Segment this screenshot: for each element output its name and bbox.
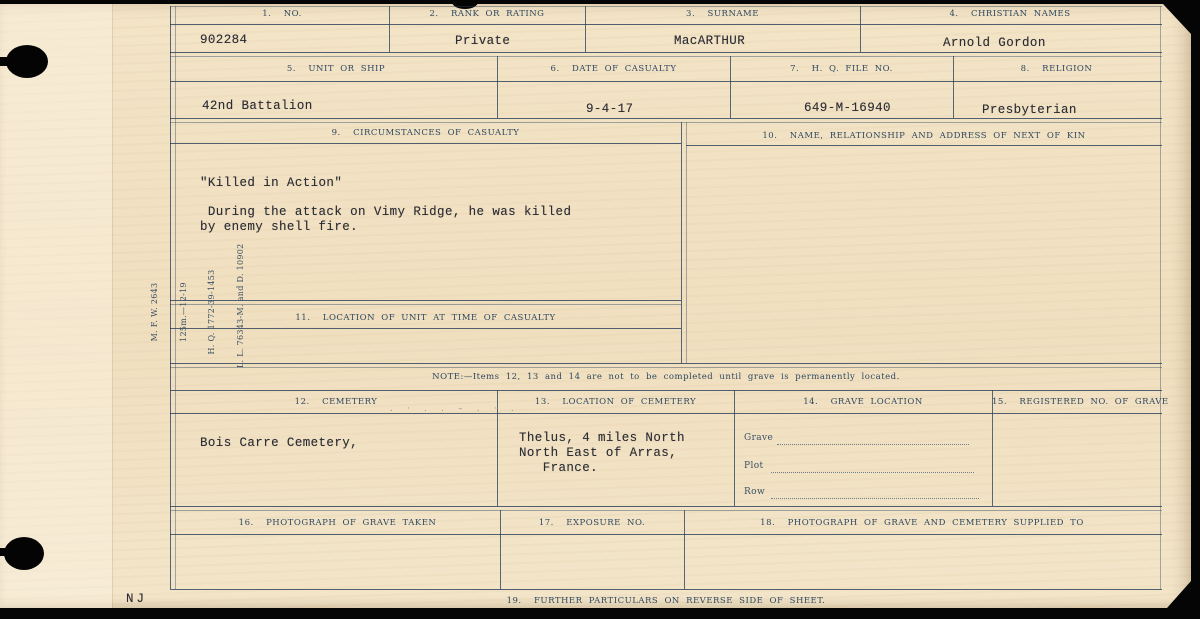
field-no-label: 1. NO. (175, 9, 389, 19)
field-date-value: 9-4-17 (586, 102, 633, 117)
punch-hole-bottom-tear (0, 548, 11, 556)
rule-line (734, 390, 735, 506)
field-rank-label: 2. RANK OR RATING (389, 9, 585, 19)
rule-line (170, 390, 1162, 391)
rule-line (170, 143, 681, 144)
field-exposure-no-label: 17. EXPOSURE NO. (500, 518, 684, 528)
rule-line (1160, 6, 1161, 589)
plot-row-label: Plot (744, 461, 764, 471)
grave-dotted-line (777, 443, 969, 445)
rule-line (686, 145, 1162, 146)
field-rank-value: Private (455, 34, 510, 49)
field-hq-file-label: 7. H. Q. FILE NO. (730, 64, 953, 74)
field-cemetery-location-value: Thelus, 4 miles North North East of Arra… (519, 431, 685, 476)
rule-line (992, 390, 993, 506)
rule-line (170, 506, 1162, 507)
left-margin-sheet (0, 4, 112, 608)
field-religion-label: 8. RELIGION (953, 64, 1160, 74)
plot-dotted-line (771, 471, 974, 473)
scanned-casualty-record: 1. NO. 2. RANK OR RATING 3. SURNAME 4. C… (0, 0, 1200, 619)
rule-line (170, 6, 1162, 7)
field-unit-value: 42nd Battalion (202, 99, 313, 114)
stamp-line: M. F. W. 2643 (150, 256, 160, 368)
field-grave-location-label: 14. GRAVE LOCATION (734, 397, 992, 407)
field-further-particulars-label: 19. FURTHER PARTICULARS ON REVERSE SIDE … (170, 596, 1162, 606)
stamp-line: 125m.—12-19 (179, 256, 189, 368)
margin-form-stamp: M. F. W. 2643 125m.—12-19 H. Q. 1772-39-… (131, 256, 169, 368)
rule-line (170, 118, 1162, 119)
paper-crease (112, 4, 113, 608)
typed-dots-artifact: . · . . – . · . (390, 404, 520, 413)
clerk-initials: NJ (126, 592, 147, 607)
stamp-line: H. Q. 1772-39-1453 (207, 256, 217, 368)
rule-line (170, 363, 1162, 364)
field-religion-value: Presbyterian (982, 103, 1077, 118)
field-registered-no-label: 15. REGISTERED NO. OF GRAVE (992, 397, 1160, 407)
rule-line (170, 122, 1162, 123)
field-unit-label: 5. UNIT OR SHIP (175, 64, 497, 74)
rule-line (170, 81, 1162, 82)
rule-line (170, 367, 1162, 368)
field-surname-value: MacARTHUR (674, 34, 745, 49)
field-next-of-kin-label: 10. NAME, RELATIONSHIP AND ADDRESS OF NE… (686, 131, 1162, 141)
field-circumstances-value: "Killed in Action" During the attack on … (200, 176, 571, 234)
field-date-label: 6. DATE OF CASUALTY (497, 64, 730, 74)
punch-hole-top-tear (0, 57, 13, 66)
rule-line (686, 122, 687, 363)
field-photo-taken-label: 16. PHOTOGRAPH OF GRAVE TAKEN (175, 518, 500, 528)
rule-line (170, 52, 1162, 53)
rule-line (170, 56, 1162, 57)
field-photo-supplied-label: 18. PHOTOGRAPH OF GRAVE AND CEMETERY SUP… (684, 518, 1160, 528)
field-no-value: 902284 (200, 33, 247, 48)
rule-line (681, 122, 682, 363)
row-dotted-line (771, 497, 979, 499)
field-christian-names-label: 4. CHRISTIAN NAMES (860, 9, 1160, 19)
rule-line (170, 413, 1162, 414)
rule-line (170, 534, 1162, 535)
row-row-label: Row (744, 487, 765, 497)
field-cemetery-value: Bois Carre Cemetery, (200, 436, 358, 451)
field-circumstances-label: 9. CIRCUMSTANCES OF CASUALTY (170, 128, 681, 138)
field-surname-label: 3. SURNAME (585, 9, 860, 19)
field-hq-file-value: 649-M-16940 (804, 101, 891, 116)
rule-line (170, 589, 1162, 590)
stamp-line: L. L. 76343-M. and D. 10902 (236, 256, 246, 368)
grave-row-label: Grave (744, 433, 773, 443)
rule-line (170, 510, 1162, 511)
note-text: NOTE:—Items 12, 13 and 14 are not to be … (170, 372, 1162, 382)
field-christian-names-value: Arnold Gordon (943, 36, 1046, 51)
rule-line (170, 24, 1162, 25)
field-cemetery-location-label: 13. LOCATION OF CEMETERY (497, 397, 734, 407)
